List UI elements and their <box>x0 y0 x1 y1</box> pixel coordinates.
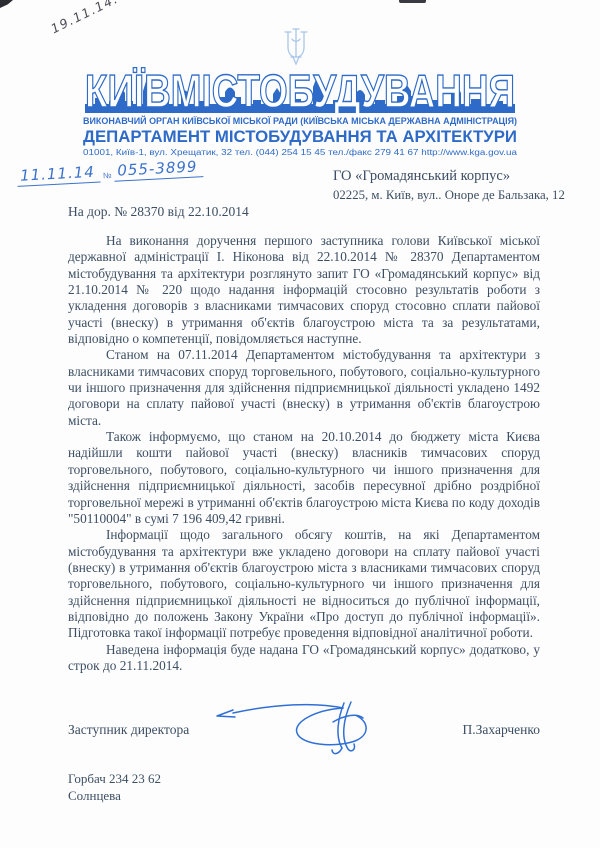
recipient-address: 02225, м. Київ, вул.. Оноре де Бальзака,… <box>333 186 565 205</box>
logo-wordmark: КИЇВМІСТОБУДУВАННЯ <box>85 67 515 113</box>
executor-block: Горбач 234 23 62 Солнцева <box>68 770 161 804</box>
dept-line-text: ДЕПАРТАМЕНТ МІСТОБУДУВАННЯ ТА АРХІТЕКТУР… <box>83 128 517 146</box>
dept-line: ДЕПАРТАМЕНТ МІСТОБУДУВАННЯ ТА АРХІТЕКТУР… <box>83 127 517 147</box>
executor-contact: Горбач 234 23 62 <box>68 770 161 787</box>
trident-icon <box>281 26 311 66</box>
signoff-title: Заступник директора <box>68 722 189 738</box>
address-line: 01001, Київ-1, вул. Хрещатик, 32 тел. (0… <box>83 147 517 157</box>
letter-body: На виконання доручення першого заступник… <box>68 233 540 674</box>
handwritten-date-note: 19.11.14. <box>48 0 120 36</box>
body-paragraph: Наведена інформація буде надана ГО «Гром… <box>68 642 540 675</box>
signoff-name: П.Захарченко <box>463 722 541 738</box>
signoff-row: Заступник директора П.Захарченко <box>68 722 540 738</box>
body-paragraph: Також інформуємо, що станом на 20.10.201… <box>68 429 540 527</box>
body-paragraph: Станом на 07.11.2014 Департаментом місто… <box>68 347 540 429</box>
scanned-letter-page: 19.11.14. КИЇВМІСТОБУДУВАННЯ ВИКОНАВЧИЙ … <box>0 0 600 848</box>
scan-edge-mark <box>399 0 426 3</box>
org-line: ВИКОНАВЧИЙ ОРГАН КИЇВСЬКОЇ МІСЬКОЇ РАДИ … <box>83 115 517 127</box>
executor-name: Солнцева <box>68 787 161 804</box>
recipient-name: ГО «Громадянський корпус» <box>333 167 565 186</box>
kyivmistobuduvannya-logo: КИЇВМІСТОБУДУВАННЯ <box>85 67 515 113</box>
body-paragraph: Інформації щодо загального обсягу коштів… <box>68 527 540 641</box>
reg-no-symbol: № <box>103 171 112 180</box>
org-line-text: ВИКОНАВЧИЙ ОРГАН КИЇВСЬКОЇ МІСЬКОЇ РАДИ … <box>83 115 517 126</box>
reply-reference: На дор. № 28370 від 22.10.2014 <box>68 204 249 220</box>
registration-line: 11.11.14 № 055-3899 <box>17 157 203 187</box>
body-paragraph: На виконання доручення першого заступник… <box>68 233 540 347</box>
scan-corner-mark <box>0 0 13 8</box>
reg-date-handwritten: 11.11.14 <box>17 163 101 187</box>
address-line-text: 01001, Київ-1, вул. Хрещатик, 32 тел. (0… <box>83 148 517 157</box>
recipient-block: ГО «Громадянський корпус» 02225, м. Київ… <box>333 167 565 204</box>
reg-number-handwritten: 055-3899 <box>114 157 203 182</box>
